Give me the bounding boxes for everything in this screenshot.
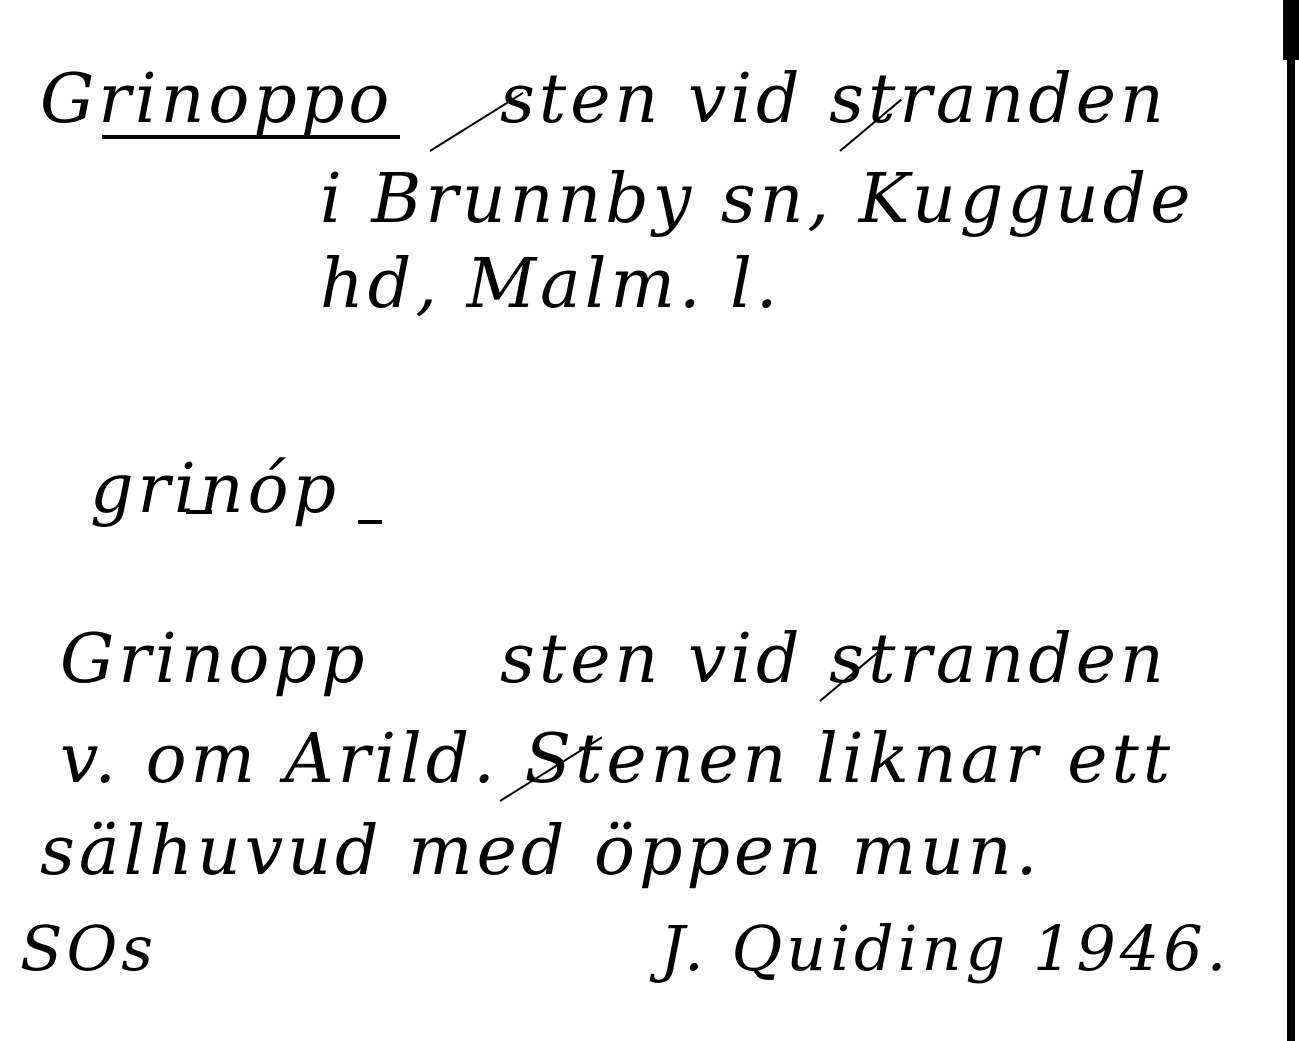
scan-edge-top	[1283, 0, 1299, 60]
entry-2-line-2: v. om Arild. Stenen liknar ett	[60, 720, 1174, 799]
stress-mark-p	[358, 520, 382, 524]
signature: J. Quiding 1946.	[660, 912, 1230, 985]
entry-1-headword: Grinoppo	[40, 60, 393, 139]
headword-underline	[102, 135, 400, 139]
archive-card: Grinoppo sten vid stranden i Brunnby sn,…	[0, 0, 1299, 1041]
entry-1-line-2: i Brunnby sn, Kuggude	[320, 160, 1194, 239]
entry-2-headword: Grinopp	[60, 620, 368, 699]
entry-1-line-1: sten vid stranden	[500, 60, 1168, 139]
entry-2-line-3: sälhuvud med öppen mun.	[40, 812, 1041, 891]
scan-edge	[1287, 0, 1295, 1041]
card-code: SOs	[20, 912, 157, 985]
entry-1-line-3: hd, Malm. l.	[320, 245, 782, 324]
phonetic-form: grinóp	[90, 450, 340, 529]
stress-mark-i	[186, 510, 212, 514]
